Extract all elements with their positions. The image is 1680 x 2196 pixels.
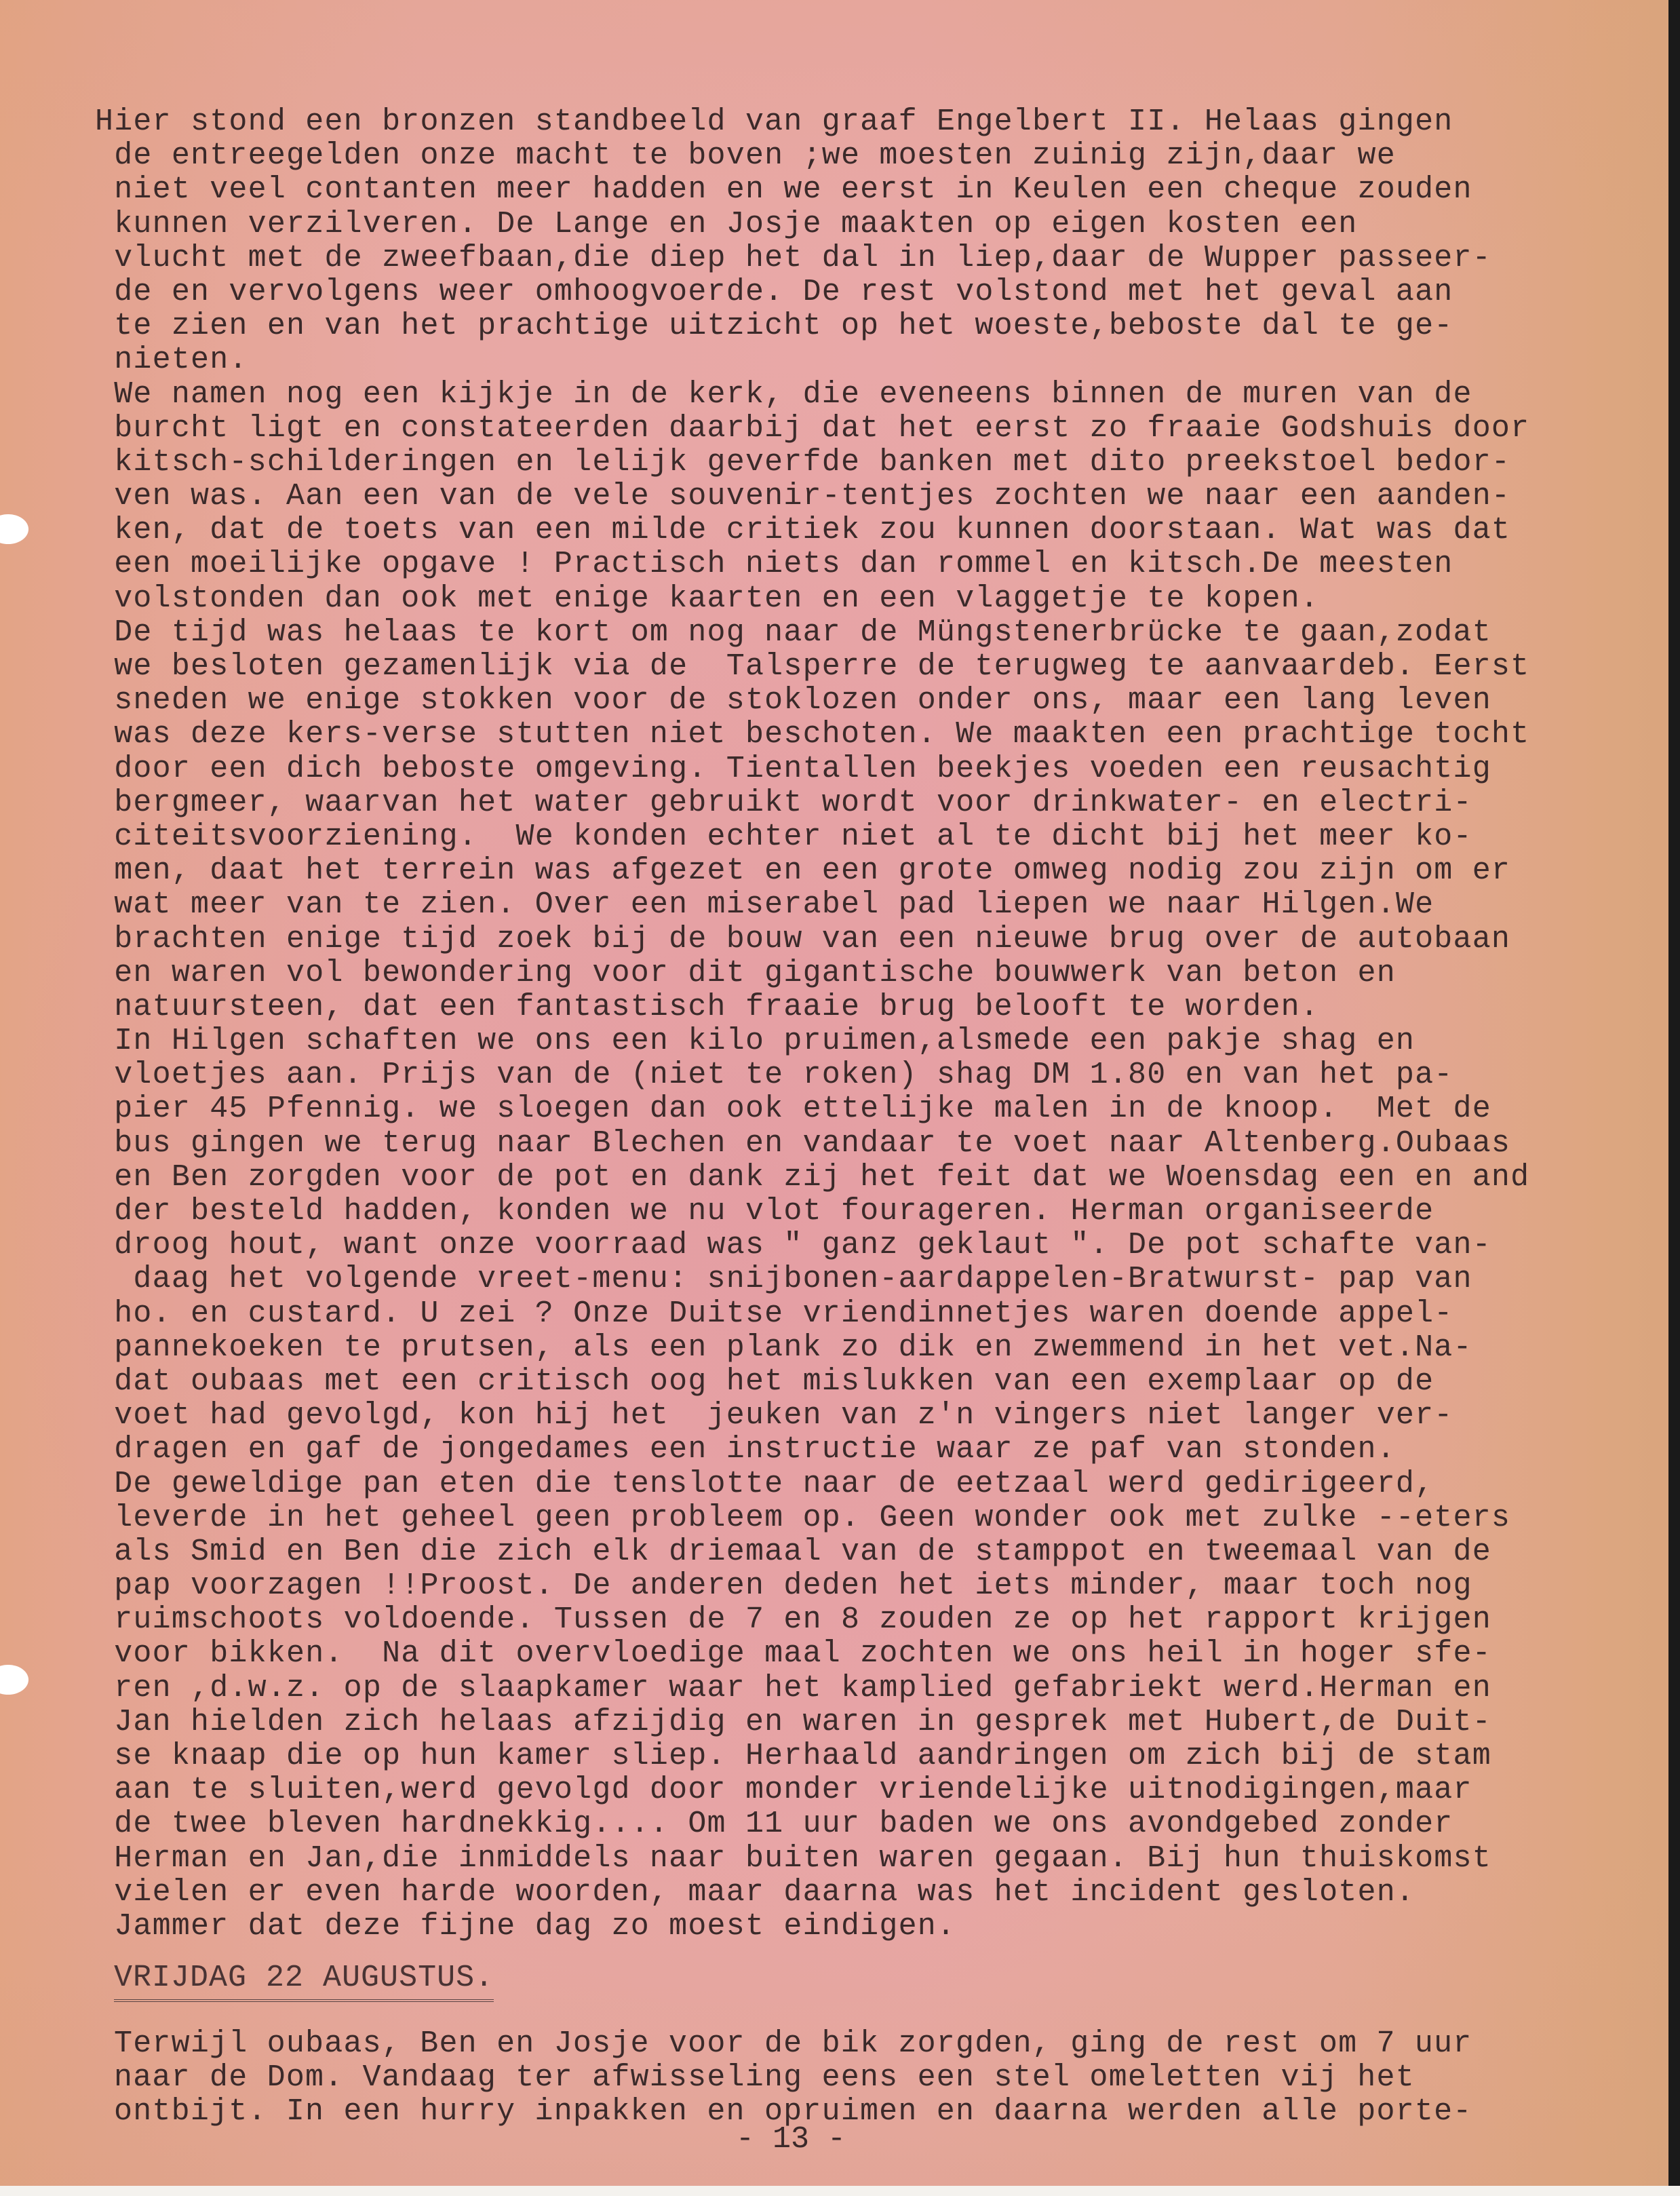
text-line: ho. en custard. U zei ? Onze Duitse vrie… [95,1297,1529,1331]
text-line: we besloten gezamenlijk via de Talsperre… [95,650,1529,684]
text-line: aan te sluiten,werd gevolgd door monder … [95,1773,1529,1807]
text-line: Jan hielden zich helaas afzijdig en ware… [95,1706,1529,1739]
text-line: ken, dat de toets van een milde critiek … [95,514,1529,547]
text-line: se knaap die op hun kamer sliep. Herhaal… [95,1739,1529,1773]
text-line: leverde in het geheel geen probleem op. … [95,1501,1529,1535]
text-line: pannekoeken te prutsen, als een plank zo… [95,1331,1529,1365]
text-line: De geweldige pan eten die tenslotte naar… [95,1467,1529,1501]
text-line: nieten. [95,343,1529,377]
text-line: bus gingen we terug naar Blechen en vand… [95,1127,1529,1161]
text-line: was deze kers-verse stutten niet beschot… [95,718,1529,752]
text-line: We namen nog een kijkje in de kerk, die … [95,378,1529,412]
text-line: door een dich beboste omgeving. Tientall… [95,752,1529,786]
text-line: ren ,d.w.z. op de slaapkamer waar het ka… [95,1672,1529,1706]
text-line: vielen er even harde woorden, maar daarn… [95,1876,1529,1910]
text-line: Hier stond een bronzen standbeeld van gr… [95,105,1529,139]
text-line: ven was. Aan een van de vele souvenir-te… [95,480,1529,514]
text-line: bergmeer, waarvan het water gebruikt wor… [95,786,1529,820]
text-line: vloetjes aan. Prijs van de (niet te roke… [95,1058,1529,1092]
text-line: dragen en gaf de jongedames een instruct… [95,1433,1529,1467]
text-line: sneden we enige stokken voor de stokloze… [95,684,1529,718]
text-line: der besteld hadden, konden we nu vlot fo… [95,1195,1529,1229]
text-line: brachten enige tijd zoek bij de bouw van… [95,923,1529,957]
text-line: burcht ligt en constateerden daarbij dat… [95,412,1529,446]
text-line: citeitsvoorziening. We konden echter nie… [95,820,1529,854]
text-line: en waren vol bewondering voor dit gigant… [95,957,1529,990]
text-line: In Hilgen schaften we ons een kilo pruim… [95,1024,1529,1058]
text-line: als Smid en Ben die zich elk driemaal va… [95,1535,1529,1569]
text-line: voet had gevolgd, kon hij het jeuken van… [95,1399,1529,1433]
text-line: niet veel contanten meer hadden en we ee… [95,173,1529,207]
text-line: voor bikken. Na dit overvloedige maal zo… [95,1637,1529,1671]
text-line: vlucht met de zweefbaan,die diep het dal… [95,242,1529,275]
page-number: - 13 - [736,2122,846,2157]
text-line: de twee bleven hardnekkig.... Om 11 uur … [95,1807,1529,1841]
text-line: wat meer van te zien. Over een miserabel… [95,888,1529,922]
punch-hole [0,1665,28,1695]
text-line: kunnen verzilveren. De Lange en Josje ma… [95,208,1529,242]
text-line: te zien en van het prachtige uitzicht op… [95,309,1529,343]
section-text: Terwijl oubaas, Ben en Josje voor de bik… [114,2027,1472,2130]
text-line: naar de Dom. Vandaag ter afwisseling een… [114,2061,1472,2095]
text-line: en Ben zorgden voor de pot en dank zij h… [95,1161,1529,1195]
text-line: Terwijl oubaas, Ben en Josje voor de bik… [114,2027,1472,2061]
text-line: pap voorzagen !!Proost. De anderen deden… [95,1569,1529,1603]
body-text: Hier stond een bronzen standbeeld van gr… [95,105,1529,1944]
text-line: pier 45 Pfennig. we sloegen dan ook ette… [95,1092,1529,1126]
text-line: dat oubaas met een critisch oog het misl… [95,1365,1529,1399]
text-line: volstonden dan ook met enige kaarten en … [95,582,1529,616]
text-line: de entreegelden onze macht te boven ;we … [95,139,1529,173]
scan-edge [0,2186,1680,2196]
text-line: daag het volgende vreet-menu: snijbonen-… [95,1263,1529,1296]
typewritten-page: Hier stond een bronzen standbeeld van gr… [0,0,1668,2186]
text-line: kitsch-schilderingen en lelijk geverfde … [95,446,1529,480]
text-line: Herman en Jan,die inmiddels naar buiten … [95,1842,1529,1876]
text-line: ruimschoots voldoende. Tussen de 7 en 8 … [95,1603,1529,1637]
text-line: men, daat het terrein was afgezet en een… [95,854,1529,888]
text-line: Jammer dat deze fijne dag zo moest eindi… [95,1910,1529,1944]
section-heading: VRIJDAG 22 AUGUSTUS. [114,1961,494,2002]
text-line: droog hout, want onze voorraad was " gan… [95,1229,1529,1263]
text-line: De tijd was helaas te kort om nog naar d… [95,616,1529,650]
text-line: natuursteen, dat een fantastisch fraaie … [95,990,1529,1024]
text-line: een moeilijke opgave ! Practisch niets d… [95,547,1529,581]
text-line: de en vervolgens weer omhoogvoerde. De r… [95,275,1529,309]
punch-hole [0,514,28,544]
